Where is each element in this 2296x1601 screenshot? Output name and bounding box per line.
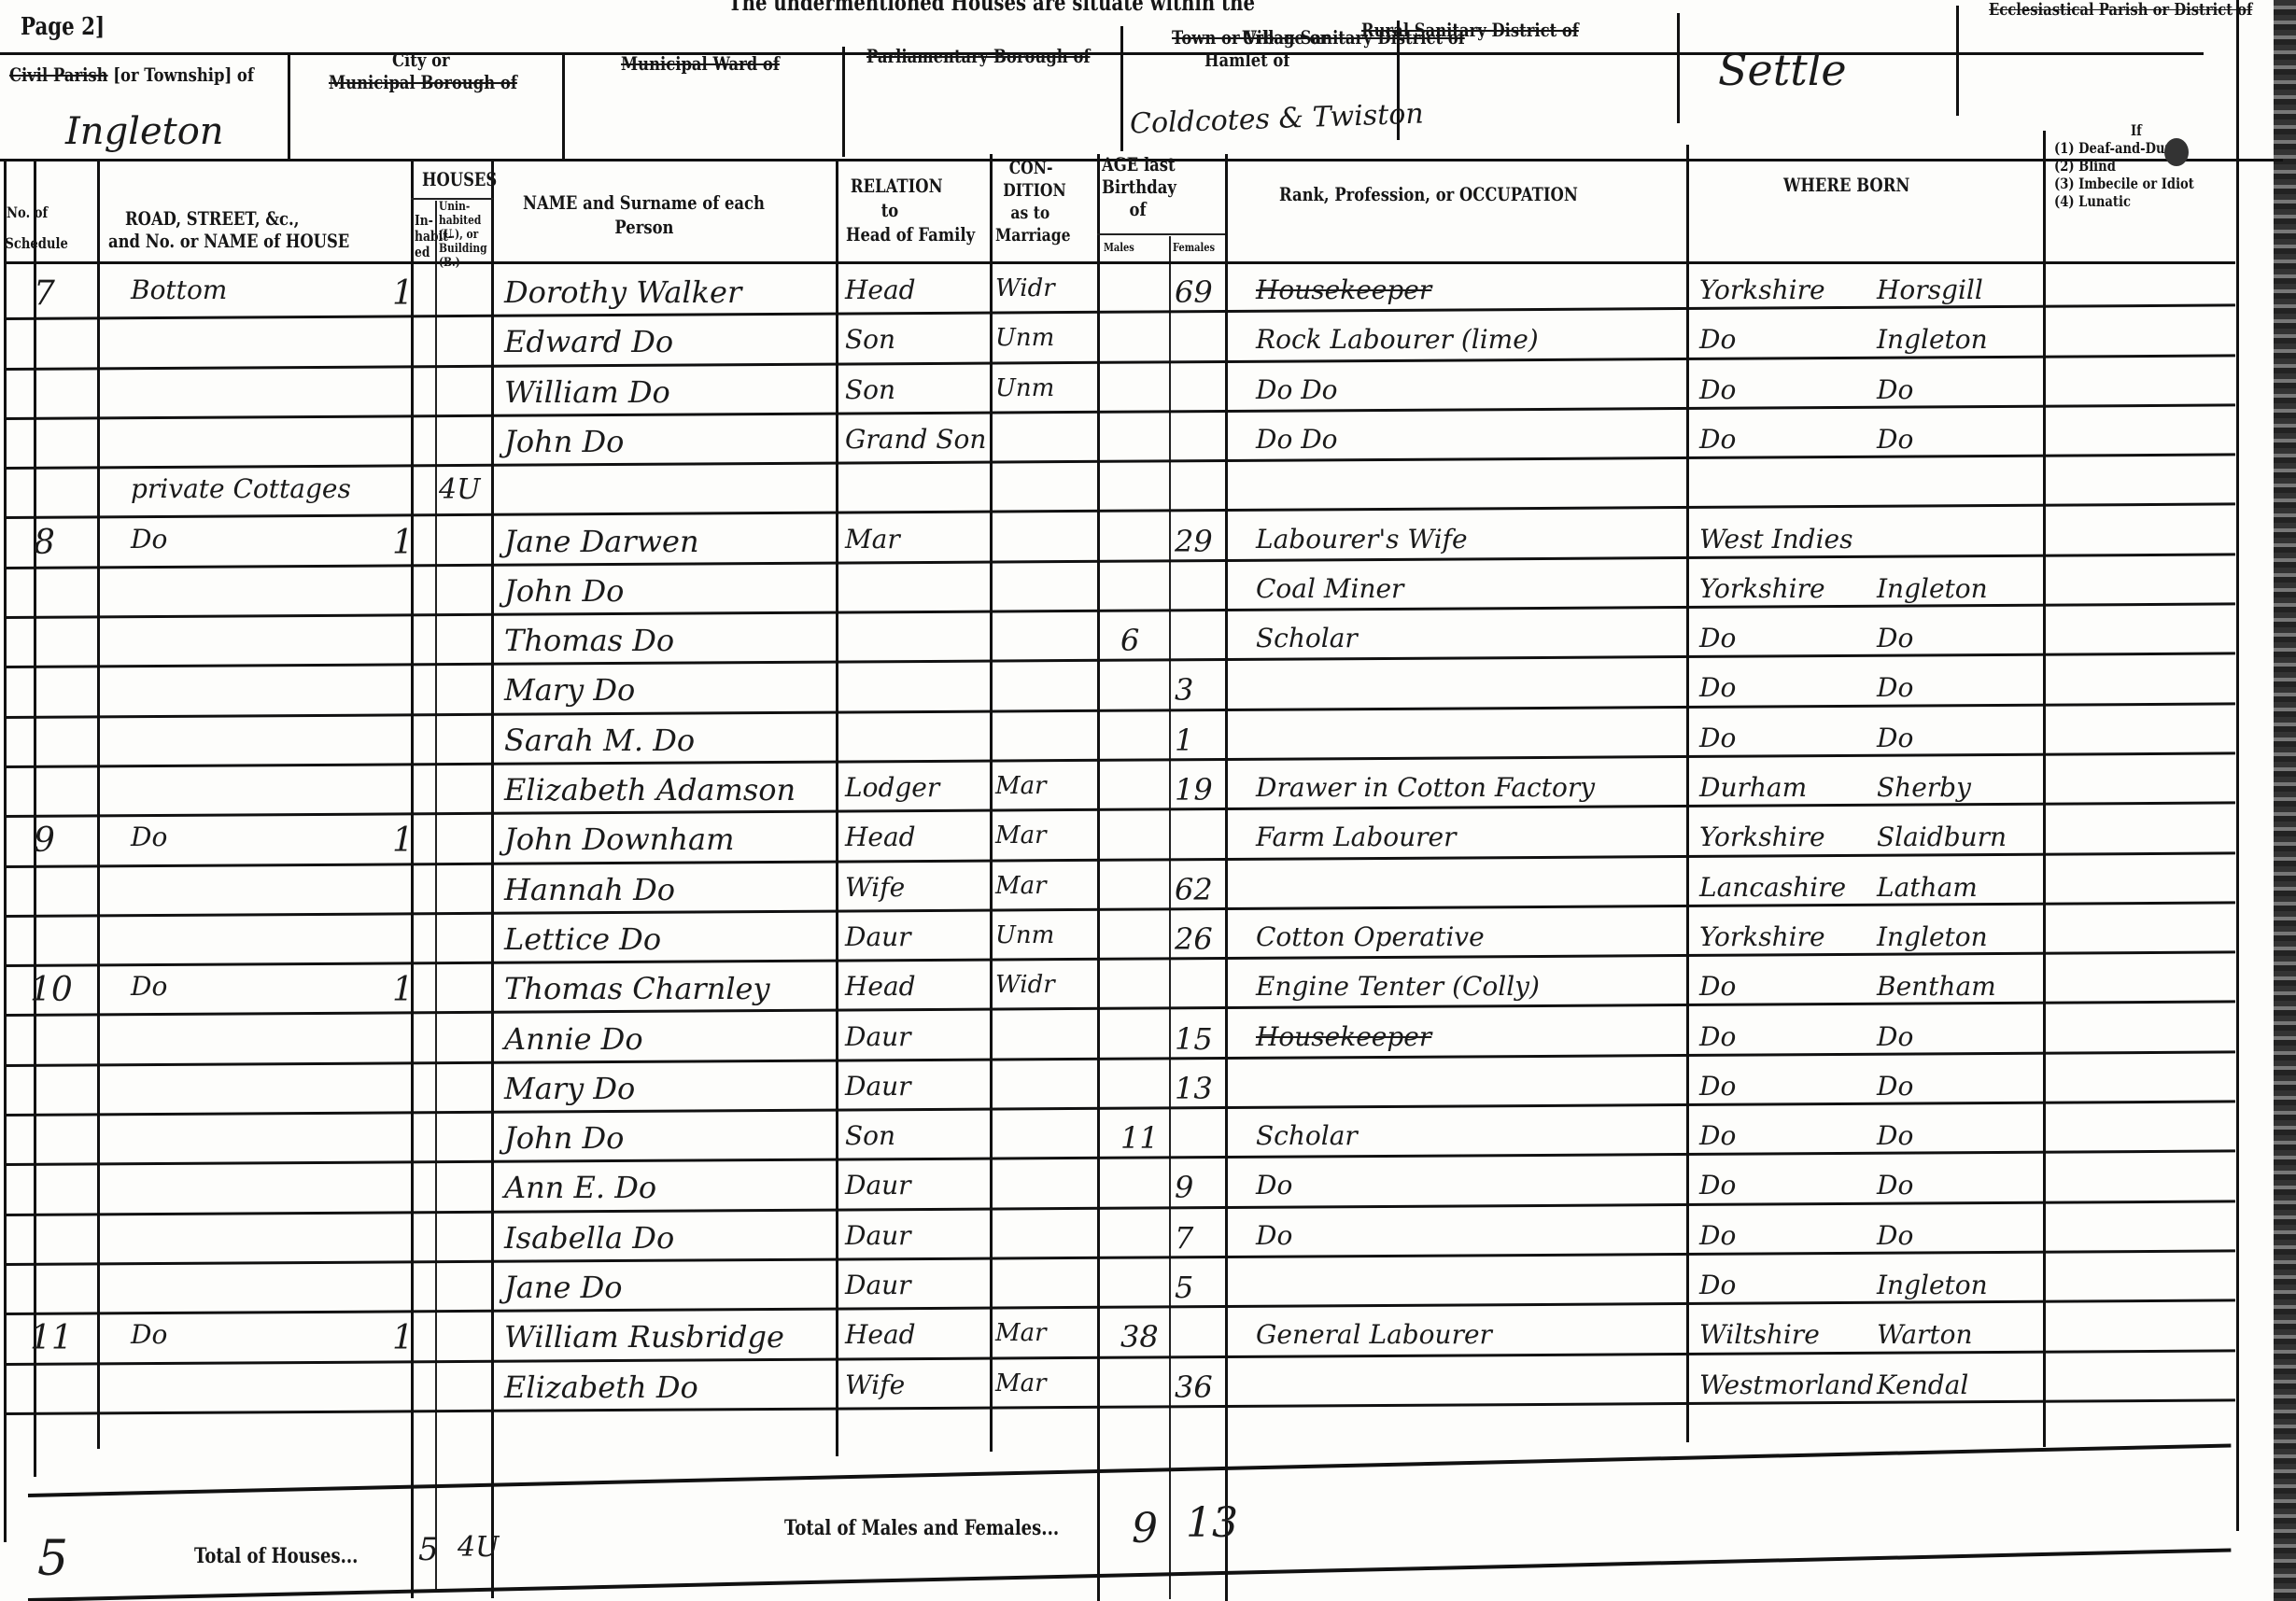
col-condition-header: CON-DITIONas toMarriage: [995, 157, 1071, 246]
table-row: John DoSon11ScholarDoDo: [0, 1116, 2241, 1167]
born-county-cell: Do: [1699, 1270, 1736, 1300]
occupation-cell: Do Do: [1256, 424, 1338, 455]
total-houses-label: Total of Houses...: [194, 1544, 358, 1568]
name-cell: John Do: [504, 424, 624, 459]
born-county-cell: Do: [1699, 1170, 1736, 1201]
divider: [1956, 6, 1959, 116]
female-age-cell: 5: [1175, 1270, 1193, 1305]
relation-cell: Daur: [845, 1021, 911, 1052]
col-name-header: NAME and Surname of eachPerson: [523, 190, 765, 239]
col-houses-header: HOUSES: [422, 168, 497, 190]
occupation-cell: Drawer in Cotton Factory: [1256, 772, 1595, 803]
relation-cell: Lodger: [845, 772, 939, 803]
condition-cell: Unm: [995, 921, 1054, 949]
occupation-cell: Housekeeper: [1256, 274, 1431, 305]
schedule-cell: 9: [34, 822, 55, 860]
relation-cell: Daur: [845, 1170, 911, 1201]
table-row: Jane DoDaur5DoIngleton: [0, 1266, 2241, 1316]
born-place-cell: Bentham: [1877, 971, 1996, 1002]
census-page: Page 2] The undermentioned Houses are si…: [0, 0, 2296, 1601]
born-place-cell: Do: [1877, 672, 1913, 703]
born-place-cell: Latham: [1877, 872, 1978, 903]
occupation-cell: Scholar: [1256, 1120, 1358, 1151]
born-place-cell: Kendal: [1877, 1369, 1968, 1400]
city-label-line1: City or: [392, 49, 450, 71]
hamlet-label: Hamlet of: [1204, 49, 1289, 71]
born-county-cell: Do: [1699, 672, 1736, 703]
relation-cell: Son: [845, 324, 895, 355]
relation-cell: Head: [845, 971, 916, 1002]
born-place-cell: Sherby: [1877, 772, 1971, 803]
occupation-cell: Housekeeper: [1256, 1021, 1431, 1052]
occupation-cell: Cotton Operative: [1256, 921, 1485, 952]
name-cell: John Do: [504, 573, 624, 609]
name-cell: Mary Do: [504, 672, 635, 708]
table-row: Isabella DoDaur7DoDoDo: [0, 1216, 2241, 1267]
born-place-cell: Do: [1877, 1170, 1913, 1201]
divider: [1097, 233, 1225, 235]
born-place-cell: Ingleton: [1877, 573, 1988, 604]
col-schedule-header: No. ofSchedule: [8, 204, 32, 252]
born-county-cell: Yorkshire: [1699, 274, 1825, 305]
relation-cell: Daur: [845, 1220, 911, 1251]
name-cell: Isabella Do: [504, 1220, 674, 1256]
born-county-cell: Do: [1699, 1021, 1736, 1052]
divider: [28, 1443, 2231, 1497]
relation-cell: Daur: [845, 1071, 911, 1102]
col-occupation-header: Rank, Profession, or OCCUPATION: [1279, 183, 1578, 205]
road-cell: Bottom: [131, 274, 227, 305]
condition-cell: Unm: [995, 374, 1054, 402]
born-county-cell: West Indies: [1699, 524, 1853, 555]
relation-cell: Mar: [845, 524, 900, 555]
relation-cell: Head: [845, 822, 916, 852]
born-place-cell: Ingleton: [1877, 324, 1988, 355]
relation-cell: Head: [845, 274, 916, 305]
table-row: private Cottages4U: [0, 470, 2241, 520]
born-place-cell: Horsgill: [1877, 274, 1983, 305]
name-cell: Dorothy Walker: [504, 274, 741, 310]
female-age-cell: 36: [1175, 1369, 1213, 1405]
born-place-cell: Do: [1877, 424, 1913, 455]
top-banner: The undermentioned Houses are situate wi…: [728, 0, 1255, 16]
name-cell: Edward Do: [504, 324, 673, 359]
municipal-ward-label: Municipal Ward of: [621, 52, 780, 75]
condition-cell: Widr: [995, 971, 1055, 999]
born-county-cell: Westmorland: [1699, 1369, 1874, 1400]
hamlet-value: Coldcotes & Twiston: [1129, 98, 1424, 141]
relation-cell: Daur: [845, 921, 911, 952]
inhabited-cell: 1: [392, 822, 414, 860]
occupation-cell: Labourer's Wife: [1256, 524, 1468, 555]
female-age-cell: 29: [1175, 524, 1213, 559]
occupation-cell: General Labourer: [1256, 1319, 1492, 1350]
born-place-cell: Warton: [1877, 1319, 1973, 1350]
name-cell: Annie Do: [504, 1021, 643, 1057]
name-cell: Thomas Do: [504, 623, 674, 658]
female-age-cell: 26: [1175, 921, 1213, 957]
inhabited-cell: 1: [392, 971, 414, 1009]
name-cell: Elizabeth Do: [504, 1369, 698, 1405]
condition-cell: Mar: [995, 772, 1047, 800]
name-cell: Jane Darwen: [504, 524, 699, 559]
born-county-cell: Wiltshire: [1699, 1319, 1820, 1350]
female-age-cell: 3: [1175, 672, 1193, 708]
inhabited-cell: 1: [392, 1319, 414, 1357]
born-county-cell: Do: [1699, 424, 1736, 455]
rural-sanitary-label: Rural Sanitary District of: [1361, 19, 1579, 41]
born-county-cell: Yorkshire: [1699, 921, 1825, 952]
schedule-cell: 8: [34, 524, 55, 562]
table-row: Elizabeth DoWifeMar36WestmorlandKendal: [0, 1366, 2241, 1416]
condition-cell: Mar: [995, 1369, 1047, 1397]
relation-cell: Grand Son: [845, 424, 986, 455]
inhabited-cell: 1: [392, 524, 414, 562]
page-label: Page 2]: [21, 13, 105, 41]
born-county-cell: Do: [1699, 1220, 1736, 1251]
table-row: 10Do1Thomas CharnleyHeadWidrEngine Tente…: [0, 967, 2241, 1018]
born-county-cell: Yorkshire: [1699, 573, 1825, 604]
occupation-cell: Coal Miner: [1256, 573, 1403, 604]
total-schedules-mark: 5: [37, 1531, 68, 1587]
schedule-cell: 7: [34, 274, 55, 313]
table-row: John DoCoal MinerYorkshireIngleton: [0, 569, 2241, 620]
born-place-cell: Do: [1877, 1021, 1913, 1052]
male-age-cell: 11: [1120, 1120, 1159, 1156]
table-row: Ann E. DoDaur9DoDoDo: [0, 1166, 2241, 1216]
rural-sanitary-value: Settle: [1718, 45, 1847, 95]
born-county-cell: Do: [1699, 324, 1736, 355]
born-county-cell: Do: [1699, 374, 1736, 405]
condition-cell: Mar: [995, 1319, 1047, 1347]
divider: [1677, 13, 1680, 123]
female-age-cell: 15: [1175, 1021, 1213, 1057]
road-cell: Do: [131, 971, 167, 1002]
inhabited-cell: 1: [392, 274, 414, 313]
divider: [4, 261, 2235, 264]
total-females: 13: [1186, 1499, 1238, 1547]
table-row: 8Do1Jane DarwenMar29Labourer's WifeWest …: [0, 520, 2241, 570]
born-county-cell: Do: [1699, 1071, 1736, 1102]
col-relation-header: RELATIONtoHead of Family: [846, 174, 975, 246]
born-place-cell: Ingleton: [1877, 921, 1988, 952]
table-row: John DoGrand SonDo DoDoDo: [0, 420, 2241, 470]
table-row: Thomas Do6ScholarDoDo: [0, 619, 2241, 669]
road-cell: Do: [131, 1319, 167, 1350]
name-cell: William Rusbridge: [504, 1319, 784, 1355]
name-cell: John Do: [504, 1120, 624, 1156]
occupation-cell: Do: [1256, 1170, 1292, 1201]
born-place-cell: Ingleton: [1877, 1270, 1988, 1300]
total-inhabited: 5: [418, 1531, 439, 1568]
col-females-header: Females: [1173, 241, 1215, 254]
divider: [1120, 26, 1123, 151]
table-row: 11Do1William RusbridgeHeadMar38General L…: [0, 1315, 2241, 1366]
table-row: 9Do1John DownhamHeadMarFarm LabourerYork…: [0, 818, 2241, 868]
ecclesiastical-parish-label: Ecclesiastical Parish or District of: [1989, 0, 2252, 20]
total-males: 9: [1132, 1505, 1158, 1552]
relation-cell: Head: [845, 1319, 916, 1350]
relation-cell: Wife: [845, 872, 905, 903]
total-uninhabited: 4U: [458, 1531, 499, 1564]
born-county-cell: Yorkshire: [1699, 822, 1825, 852]
divider: [28, 1548, 2231, 1601]
born-county-cell: Durham: [1699, 772, 1807, 803]
col-males-header: Males: [1104, 241, 1134, 254]
civil-parish-label: Civil Parish [or Township] of: [9, 63, 254, 86]
female-age-cell: 19: [1175, 772, 1213, 808]
table-row: Mary DoDaur13DoDo: [0, 1067, 2241, 1117]
occupation-cell: Rock Labourer (lime): [1256, 324, 1539, 355]
total-persons-label: Total of Males and Females...: [784, 1516, 1059, 1540]
col-where-born-header: WHERE BORN: [1783, 174, 1909, 196]
occupation-cell: Farm Labourer: [1256, 822, 1457, 852]
table-row: William DoSonUnmDo DoDoDo: [0, 371, 2241, 421]
female-age-cell: 1: [1175, 723, 1193, 758]
relation-cell: Son: [845, 1120, 895, 1151]
condition-cell: Mar: [995, 872, 1047, 900]
road-cell: Do: [131, 822, 167, 852]
name-cell: Hannah Do: [504, 872, 675, 907]
ink-blot: [2164, 138, 2189, 166]
born-county-cell: Do: [1699, 1120, 1736, 1151]
occupation-cell: Do: [1256, 1220, 1292, 1251]
relation-cell: Wife: [845, 1369, 905, 1400]
col-uninhabited-header: Unin-habited(U.), orBuilding(B.): [439, 200, 487, 270]
municipal-borough-label: Municipal Borough of: [329, 71, 517, 93]
table-row: Hannah DoWifeMar62LancashireLatham: [0, 868, 2241, 919]
road-cell: private Cottages: [131, 473, 351, 504]
condition-cell: Unm: [995, 324, 1054, 352]
divider: [562, 52, 565, 161]
table-row: Elizabeth AdamsonLodgerMar19Drawer in Co…: [0, 768, 2241, 819]
scan-edge: [2274, 0, 2296, 1601]
table-row: 7Bottom1Dorothy WalkerHeadWidr69Housekee…: [0, 271, 2241, 321]
table-row: Lettice DoDaurUnm26Cotton OperativeYorks…: [0, 918, 2241, 968]
female-age-cell: 13: [1175, 1071, 1213, 1106]
born-place-cell: Do: [1877, 1220, 1913, 1251]
schedule-cell: 10: [30, 971, 73, 1009]
female-age-cell: 7: [1175, 1220, 1193, 1256]
table-row: Mary Do3DoDo: [0, 668, 2241, 719]
name-cell: Ann E. Do: [504, 1170, 656, 1205]
born-place-cell: Do: [1877, 623, 1913, 653]
female-age-cell: 69: [1175, 274, 1213, 310]
road-cell: Do: [131, 524, 167, 555]
born-place-cell: Slaidburn: [1877, 822, 2007, 852]
occupation-cell: Scholar: [1256, 623, 1358, 653]
occupation-cell: Do Do: [1256, 374, 1338, 405]
table-row: Annie DoDaur15HousekeeperDoDo: [0, 1018, 2241, 1068]
born-place-cell: Do: [1877, 1120, 1913, 1151]
born-county-cell: Do: [1699, 971, 1736, 1002]
parliamentary-borough-label: Parliamentary Borough of: [866, 45, 1090, 67]
divider: [842, 47, 845, 157]
divider: [0, 52, 2204, 55]
condition-cell: Widr: [995, 274, 1055, 302]
name-cell: Jane Do: [504, 1270, 623, 1305]
name-cell: Elizabeth Adamson: [504, 772, 796, 808]
name-cell: Thomas Charnley: [504, 971, 770, 1006]
col-road-header: ROAD, STREET, &c.,and No. or NAME of HOU…: [108, 207, 349, 252]
born-county-cell: Do: [1699, 723, 1736, 753]
born-place-cell: Do: [1877, 723, 1913, 753]
name-cell: William Do: [504, 374, 670, 410]
female-age-cell: 62: [1175, 872, 1213, 907]
divider: [288, 52, 290, 161]
name-cell: Mary Do: [504, 1071, 635, 1106]
female-age-cell: 9: [1175, 1170, 1193, 1205]
born-place-cell: Do: [1877, 1071, 1913, 1102]
col-age-header: AGE lastBirthdayof: [1102, 153, 1176, 220]
born-county-cell: Lancashire: [1699, 872, 1846, 903]
occupation-cell: Engine Tenter (Colly): [1256, 971, 1540, 1002]
name-cell: Sarah M. Do: [504, 723, 695, 758]
table-row: Sarah M. Do1DoDo: [0, 719, 2241, 769]
male-age-cell: 6: [1120, 623, 1139, 658]
uninhabited-cell: 4U: [439, 473, 480, 506]
born-place-cell: Do: [1877, 374, 1913, 405]
table-row: Edward DoSonUnmRock Labourer (lime)DoIng…: [0, 320, 2241, 371]
name-cell: John Downham: [504, 822, 734, 857]
name-cell: Lettice Do: [504, 921, 661, 957]
schedule-cell: 11: [30, 1319, 73, 1357]
relation-cell: Son: [845, 374, 895, 405]
relation-cell: Daur: [845, 1270, 911, 1300]
condition-cell: Mar: [995, 822, 1047, 850]
civil-parish-value: Ingleton: [65, 110, 224, 153]
male-age-cell: 38: [1120, 1319, 1159, 1355]
born-county-cell: Do: [1699, 623, 1736, 653]
